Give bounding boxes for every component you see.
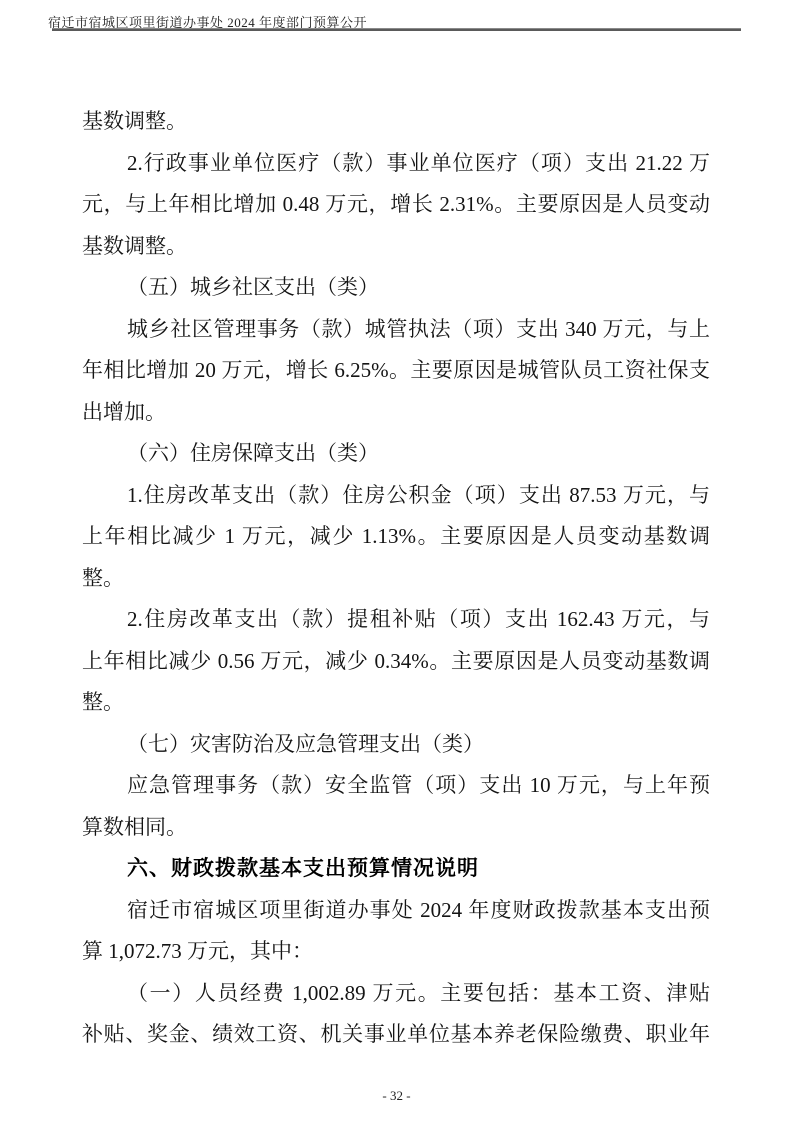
body-line-21: 算 1,072.73 万元，其中：	[82, 931, 710, 973]
document-page: 宿迁市宿城区项里街道办事处 2024 年度部门预算公开 基数调整。 2.行政事业…	[0, 0, 793, 1122]
body-line-3: 元，与上年相比增加 0.48 万元，增长 2.31%。主要原因是人员变动	[82, 184, 710, 226]
section-7-heading: （七）灾害防治及应急管理支出（类）	[82, 724, 710, 766]
body-line-11: 上年相比减少 1 万元，减少 1.13%。主要原因是人员变动基数调	[82, 516, 710, 558]
body-line-2: 2.行政事业单位医疗（款）事业单位医疗（项）支出 21.22 万	[82, 143, 710, 185]
body-line-14: 上年相比减少 0.56 万元，减少 0.34%。主要原因是人员变动基数调	[82, 641, 710, 683]
body-line-17: 应急管理事务（款）安全监管（项）支出 10 万元，与上年预	[82, 765, 710, 807]
body-line-15: 整。	[82, 682, 710, 724]
body-line-18: 算数相同。	[82, 807, 710, 849]
body-line-22: （一）人员经费 1,002.89 万元。主要包括：基本工资、津贴	[82, 973, 710, 1015]
body-line-23: 补贴、奖金、绩效工资、机关事业单位基本养老保险缴费、职业年	[82, 1014, 710, 1056]
section-6-major-heading: 六、财政拨款基本支出预算情况说明	[82, 848, 710, 890]
body-line-8: 出增加。	[82, 392, 710, 434]
body-line-12: 整。	[82, 558, 710, 600]
body-line-13: 2.住房改革支出（款）提租补贴（项）支出 162.43 万元，与	[82, 599, 710, 641]
body-line-6: 城乡社区管理事务（款）城管执法（项）支出 340 万元，与上	[82, 309, 710, 351]
body-line-10: 1.住房改革支出（款）住房公积金（项）支出 87.53 万元，与	[82, 475, 710, 517]
section-6-heading: （六）住房保障支出（类）	[82, 433, 710, 475]
section-5-heading: （五）城乡社区支出（类）	[82, 267, 710, 309]
body-line-20: 宿迁市宿城区项里街道办事处 2024 年度财政拨款基本支出预	[82, 890, 710, 932]
document-body: 基数调整。 2.行政事业单位医疗（款）事业单位医疗（项）支出 21.22 万 元…	[82, 101, 710, 1056]
body-line-7: 年相比增加 20 万元，增长 6.25%。主要原因是城管队员工资社保支	[82, 350, 710, 392]
body-line-1: 基数调整。	[82, 101, 710, 143]
page-number: - 32 -	[0, 1088, 793, 1104]
header-divider	[52, 28, 741, 31]
body-line-4: 基数调整。	[82, 226, 710, 268]
